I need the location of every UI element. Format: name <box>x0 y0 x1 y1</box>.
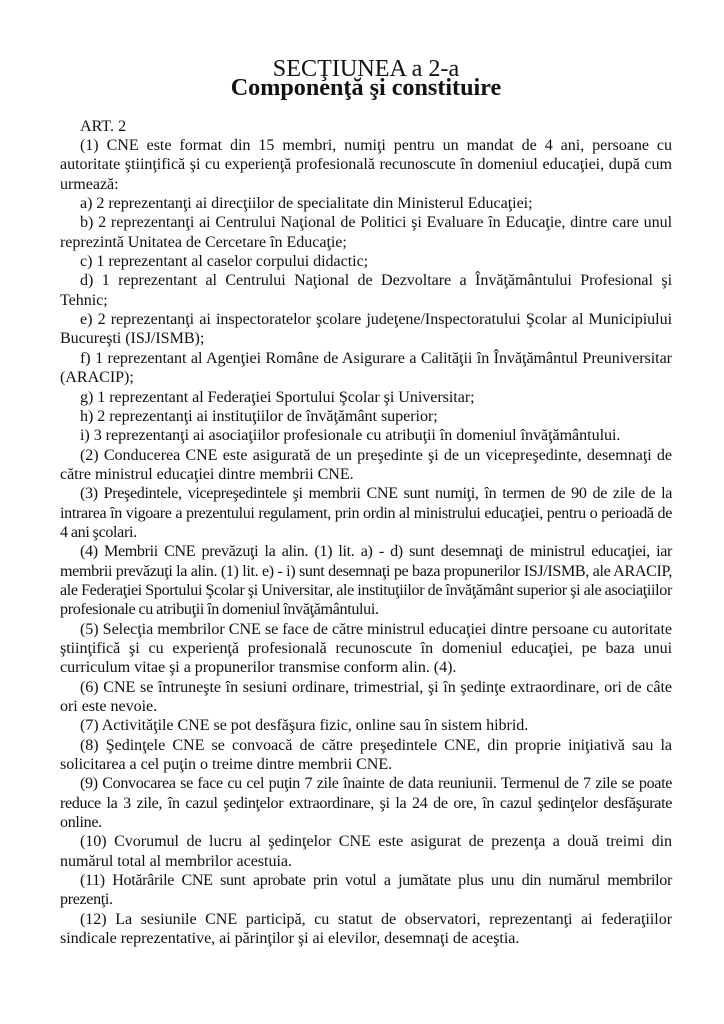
paragraph-1: (1) CNE este format din 15 membri, numiţ… <box>60 136 672 194</box>
paragraph-7: (7) Activităţile CNE se pot desfăşura fi… <box>60 716 672 735</box>
item-g: g) 1 reprezentant al Federaţiei Sportulu… <box>60 388 672 407</box>
section-heading: SECŢIUNEA a 2-a Componenţă şi constituir… <box>60 59 672 98</box>
paragraph-12: (12) La sesiunile CNE participă, cu stat… <box>60 910 672 949</box>
item-d: d) 1 reprezentant al Centrului Naţional … <box>60 271 672 310</box>
item-e: e) 2 reprezentanţi ai inspectoratelor şc… <box>60 310 672 349</box>
item-c: c) 1 reprezentant al caselor corpului di… <box>60 252 672 271</box>
section-title: Componenţă şi constituire <box>60 78 672 97</box>
paragraph-3: (3) Preşedintele, vicepreşedintele şi me… <box>60 484 672 542</box>
article-title: ART. 2 <box>60 117 672 136</box>
document-page: SECŢIUNEA a 2-a Componenţă şi constituir… <box>60 59 672 948</box>
paragraph-11: (11) Hotărârile CNE sunt aprobate prin v… <box>60 871 672 910</box>
item-i: i) 3 reprezentanţi ai asociaţiilor profe… <box>60 426 672 445</box>
paragraph-4: (4) Membrii CNE prevăzuţi la alin. (1) l… <box>60 542 672 619</box>
paragraph-2: (2) Conducerea CNE este asigurată de un … <box>60 446 672 485</box>
item-f: f) 1 reprezentant al Agenţiei Române de … <box>60 349 672 388</box>
item-h: h) 2 reprezentanţi ai instituţiilor de î… <box>60 407 672 426</box>
paragraph-6: (6) CNE se întruneşte în sesiuni ordinar… <box>60 678 672 717</box>
item-b: b) 2 reprezentanţi ai Centrului Naţional… <box>60 213 672 252</box>
paragraph-8: (8) Şedinţele CNE se convoacă de către p… <box>60 736 672 775</box>
item-a: a) 2 reprezentanţi ai direcţiilor de spe… <box>60 194 672 213</box>
paragraph-5: (5) Selecţia membrilor CNE se face de că… <box>60 620 672 678</box>
paragraph-10: (10) Cvorumul de lucru al şedinţelor CNE… <box>60 832 672 871</box>
paragraph-9: (9) Convocarea se face cu cel puţin 7 zi… <box>60 774 672 832</box>
